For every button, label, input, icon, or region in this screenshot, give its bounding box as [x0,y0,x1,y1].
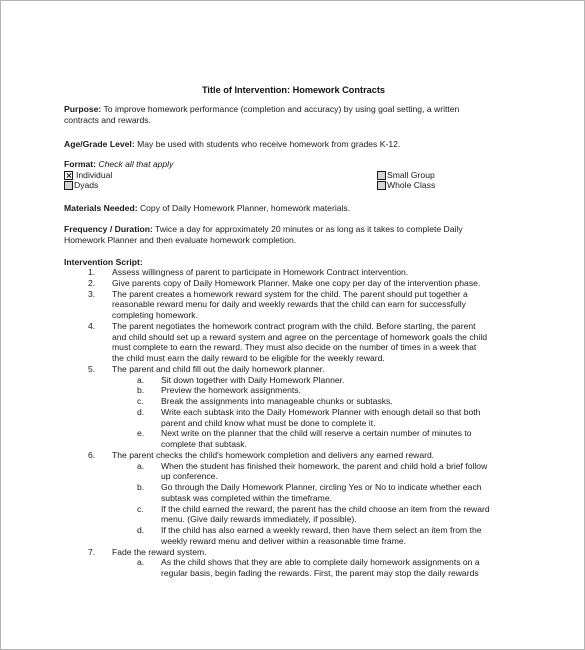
purpose-line-2: contracts and rewards. [64,115,534,126]
substep-letter: a. [137,557,157,568]
step-number: 4. [88,321,108,332]
substep-letter: e. [137,428,157,439]
step-number: 5. [88,364,108,375]
substep-text: subtask was completed within the timefra… [161,493,511,504]
document-title: Title of Intervention: Homework Contract… [1,85,585,96]
step-text: the child must earn the daily reward to … [112,353,507,364]
document-page: Title of Intervention: Homework Contract… [0,0,585,650]
substep-letter: b. [137,385,157,396]
step-text: The parent negotiates the homework contr… [112,321,507,332]
age-grade-section: Age/Grade Level: May be used with studen… [64,139,534,150]
substep-text: If the child earned the reward, the pare… [161,504,511,515]
substep-text: Go through the Daily Homework Planner, c… [161,482,511,493]
checkbox-unchecked-icon[interactable] [64,181,73,190]
substep-letter: a. [137,375,157,386]
format-option-label: Small Group [387,170,435,181]
format-option-individual[interactable]: Individual [64,170,112,181]
materials-section: Materials Needed: Copy of Daily Homework… [64,203,534,214]
checkbox-unchecked-icon[interactable] [377,171,386,180]
format-option-dyads[interactable]: Dyads [64,180,98,191]
frequency-line-2: Homework Planner and then evaluate homew… [64,235,534,246]
step-text: reasonable reward menu for daily and wee… [112,299,507,310]
substep-letter: d. [137,525,157,536]
format-hint: Check all that apply [96,159,173,169]
substep-text: Next write on the planner that the child… [161,428,511,439]
step-text: and child should set up a reward system … [112,332,507,343]
purpose-section: Purpose: To improve homework performance… [64,104,534,125]
format-option-label: Dyads [74,180,98,191]
substep-text: Sit down together with Daily Homework Pl… [161,375,511,386]
substep-letter: c. [137,396,157,407]
frequency-label: Frequency / Duration: [64,224,153,234]
frequency-text: Twice a day for approximately 20 minutes… [153,224,463,234]
step-number: 2. [88,278,108,289]
substep-letter: b. [137,482,157,493]
step-number: 1. [88,267,108,278]
age-grade-label: Age/Grade Level: [64,139,135,149]
substep-text: If the child has also earned a weekly re… [161,525,511,536]
step-number: 6. [88,450,108,461]
step-text: Give parents copy of Daily Homework Plan… [112,278,507,289]
substep-text: Break the assignments into manageable ch… [161,396,511,407]
format-label: Format: [64,159,96,169]
materials-label: Materials Needed: [64,203,138,213]
step-number: 3. [88,289,108,300]
substep-text: regular basis, begin fading the rewards.… [161,568,511,579]
frequency-line-1: Frequency / Duration: Twice a day for ap… [64,224,534,235]
substep-text: menu. (Give daily rewards immediately, i… [161,514,511,525]
step-text: The parent and child fill out the daily … [112,364,507,375]
frequency-section: Frequency / Duration: Twice a day for ap… [64,224,534,245]
substep-text: weekly reward menu and deliver within a … [161,536,511,547]
substep-text: Preview the homework assignments. [161,385,511,396]
substep-letter: c. [137,504,157,515]
checkbox-checked-icon[interactable] [64,171,73,180]
checkbox-unchecked-icon[interactable] [377,181,386,190]
substep-text: parent and child know what must be done … [161,418,511,429]
purpose-line-1: Purpose: To improve homework performance… [64,104,534,115]
format-option-label: Whole Class [387,180,435,191]
script-label: Intervention Script: [64,257,143,267]
step-text: must complete to earn the reward. They m… [112,342,507,353]
substep-text: When the student has finished their home… [161,461,511,472]
step-number: 7. [88,547,108,558]
substep-text: Write each subtask into the Daily Homewo… [161,407,511,418]
substep-letter: d. [137,407,157,418]
purpose-label: Purpose: [64,104,101,114]
step-text: Fade the reward system. [112,547,507,558]
materials-text: Copy of Daily Homework Planner, homework… [138,203,351,213]
step-text: The parent checks the child's homework c… [112,450,507,461]
step-text: The parent creates a homework reward sys… [112,289,507,300]
step-text: Assess willingness of parent to particip… [112,267,507,278]
purpose-text: To improve homework performance (complet… [101,104,459,114]
script-heading: Intervention Script: [64,257,534,268]
format-option-whole-class[interactable]: Whole Class [377,180,435,191]
substep-letter: a. [137,461,157,472]
age-grade-text: May be used with students who receive ho… [135,139,401,149]
substep-text: As the child shows that they are able to… [161,557,511,568]
format-option-small-group[interactable]: Small Group [377,170,435,181]
step-text: completing homework. [112,310,507,321]
substep-text: up conference. [161,471,511,482]
substep-text: complete that subtask. [161,439,511,450]
format-option-label: Individual [76,170,112,181]
format-section: Format: Check all that apply [64,159,534,170]
